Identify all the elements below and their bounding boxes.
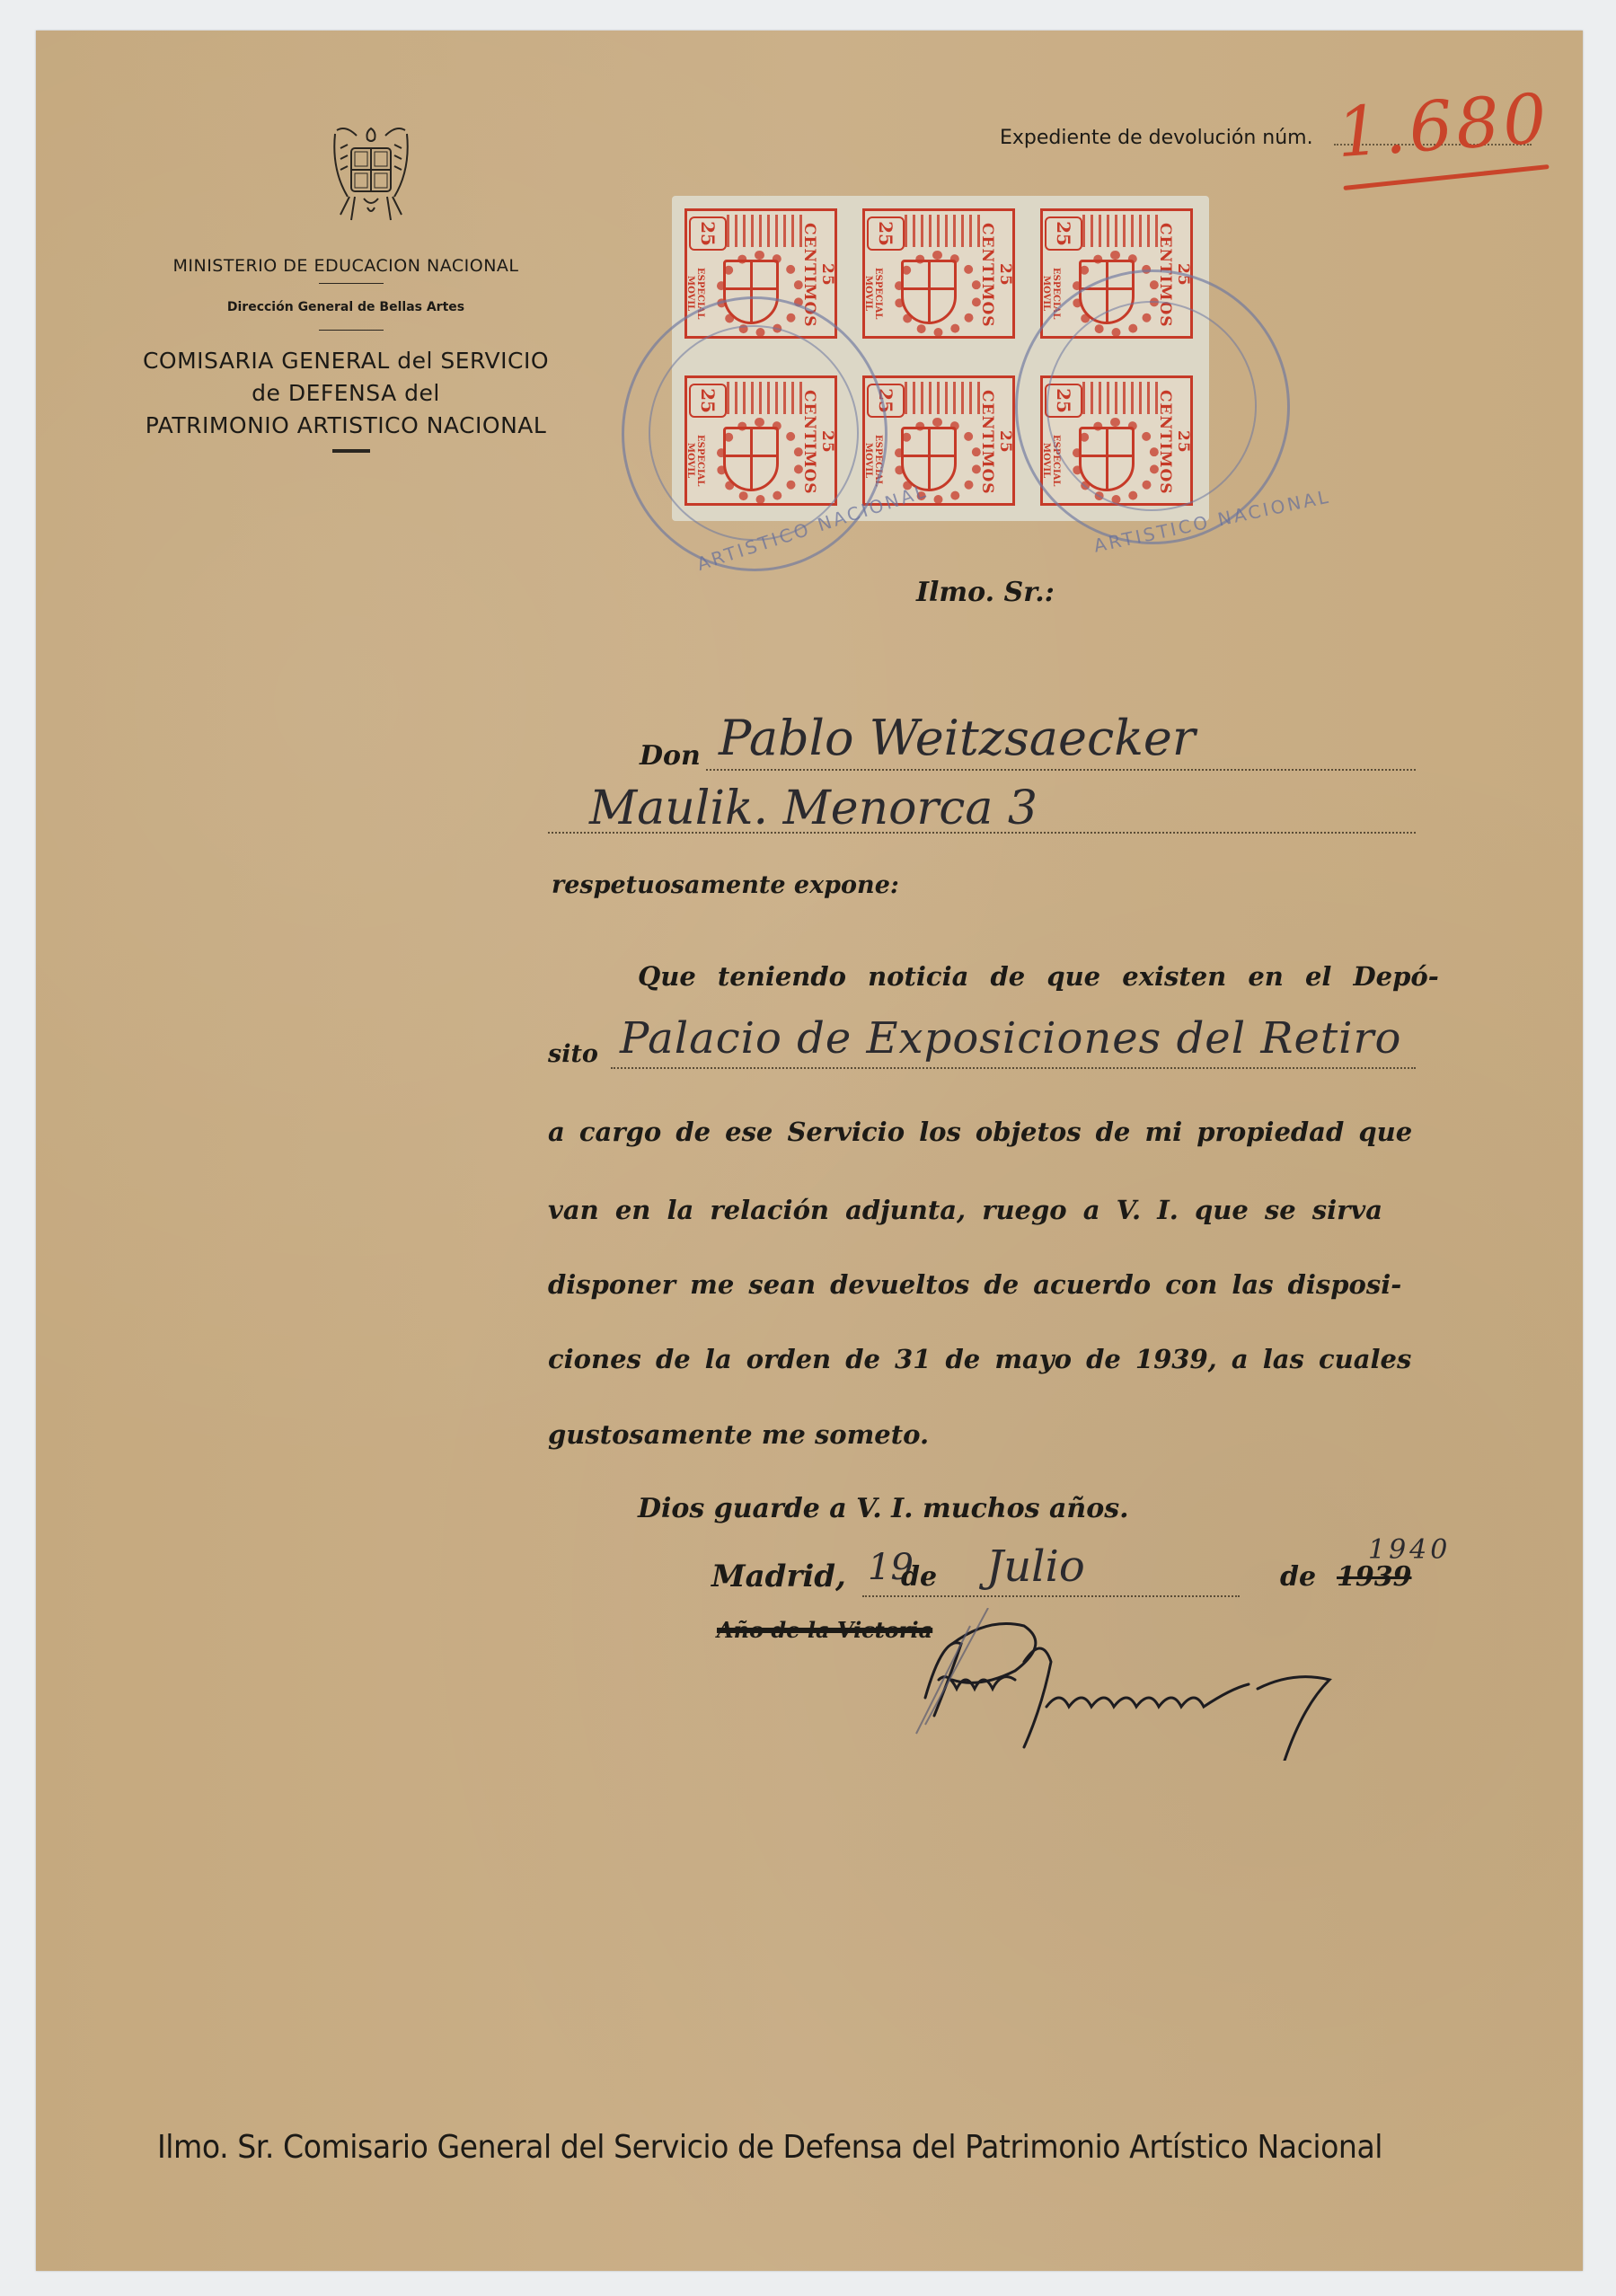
commission-heading: COMISARIA GENERAL del SERVICIO de DEFENS… xyxy=(117,345,575,442)
stamp-shield-icon xyxy=(901,260,957,324)
stamp-type-text: ESPECIAL MOVIL xyxy=(867,252,883,335)
closing-formula: Dios guarde a V. I. muchos años. xyxy=(638,1493,1129,1524)
ministry-heading: MINISTERIO DE EDUCACION NACIONAL xyxy=(117,256,575,276)
stamp-ornament xyxy=(727,215,804,247)
commission-line-1: COMISARIA GENERAL del SERVICIO xyxy=(117,345,575,377)
body-line-6: ciones de la orden de 31 de mayo de 1939… xyxy=(548,1344,1411,1374)
salutation: Ilmo. Sr.: xyxy=(916,577,1055,608)
date-dotted-line xyxy=(862,1595,1240,1597)
revenue-stamp: 25 25 CENTIMOS ESPECIAL MOVIL xyxy=(862,208,1015,339)
stamp-ornament xyxy=(905,215,982,247)
name-dotted-line xyxy=(706,769,1416,771)
divider xyxy=(319,283,384,284)
body-line-2-prefix: sito xyxy=(548,1040,598,1068)
body-line-1: Que teniendo noticia de que existen en e… xyxy=(638,961,1439,992)
stamp-ornament xyxy=(905,382,982,414)
file-number-value: 1.680 xyxy=(1334,78,1552,172)
commission-line-2: de DEFENSA del xyxy=(117,377,575,410)
date-month-handwritten: Julio xyxy=(986,1541,1085,1592)
date-de: de xyxy=(1280,1561,1316,1593)
stamp-denomination: 25 xyxy=(689,216,727,251)
divider xyxy=(319,330,384,331)
direction-heading: Dirección General de Bellas Artes xyxy=(117,300,575,314)
body-line-3: a cargo de ese Servicio los objetos de m… xyxy=(548,1117,1412,1147)
cancellation-postmark-inner xyxy=(1046,301,1257,511)
commission-line-3: PATRIMONIO ARTISTICO NACIONAL xyxy=(117,410,575,442)
applicant-address-handwritten: Maulik. Menorca 3 xyxy=(589,782,1038,835)
date-de: de xyxy=(901,1561,937,1593)
expone-label: respetuosamente expone: xyxy=(552,871,899,899)
applicant-name-handwritten: Pablo Weitzsaecker xyxy=(719,710,1196,766)
applicant-prefix: Don xyxy=(640,740,701,772)
cancellation-postmark-inner xyxy=(649,325,859,541)
date-printed-year: 1939 xyxy=(1337,1561,1412,1593)
divider xyxy=(332,449,370,453)
date-city: Madrid, xyxy=(711,1559,846,1594)
coat-of-arms-icon xyxy=(328,121,414,229)
file-number-label: Expediente de devolución núm. xyxy=(1000,127,1313,149)
body-line-4: van en la relación adjunta, ruego a V. I… xyxy=(548,1195,1382,1225)
stamp-ornament xyxy=(1082,215,1160,247)
stamp-value-text: 25 CENTIMOS xyxy=(987,215,1014,335)
body-line-7: gustosamente me someto. xyxy=(548,1419,929,1450)
date-corrected-year-handwritten: 1940 xyxy=(1368,1534,1451,1566)
stamp-denomination: 25 xyxy=(867,216,905,251)
body-line-5: disponer me sean devueltos de acuerdo co… xyxy=(548,1269,1401,1300)
stamp-denomination: 25 xyxy=(1045,216,1082,251)
signature-icon xyxy=(898,1608,1473,1761)
stamp-value-text: 25 CENTIMOS xyxy=(987,382,1014,502)
deposit-dotted-line xyxy=(611,1067,1416,1069)
stamp-shield-icon xyxy=(901,427,957,491)
addressee-footer: Ilmo. Sr. Comisario General del Servicio… xyxy=(157,2129,1382,2166)
deposit-handwritten: Palacio de Exposiciones del Retiro xyxy=(620,1013,1401,1064)
